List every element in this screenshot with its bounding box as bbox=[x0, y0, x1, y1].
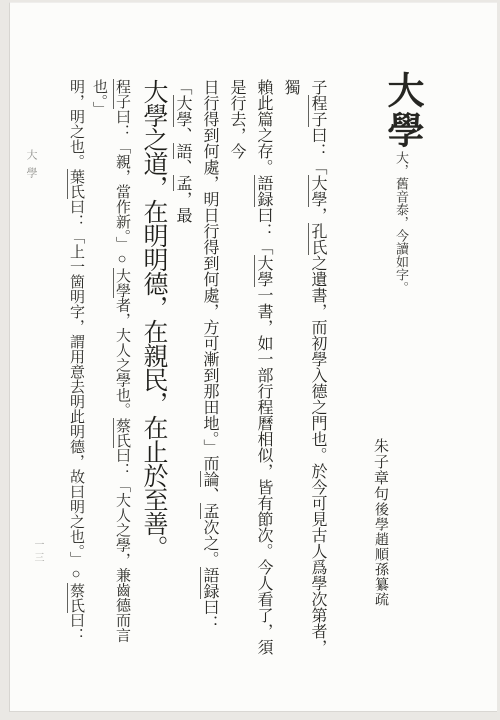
text-run: 子 bbox=[309, 79, 326, 95]
commentary-text: 程子曰：「親，當作新。」○大學者，大人之學也。蔡氏曰：「大人之學，兼齒德而言也。… bbox=[63, 79, 133, 661]
proper-noun-marked-run: 蔡氏 bbox=[113, 418, 130, 448]
preface-text: 子程子曰：「大學，孔氏之遺書，而初學入德之門也。於今可見古人爲學次第者，獨賴此篇… bbox=[169, 79, 331, 661]
book-page: 大學大，舊音泰，今讀如字。 朱子章句後學趙順孫纂疏 子程子曰：「大學，孔氏之遺書… bbox=[9, 2, 497, 712]
text-column: 程子曰：「親，當作新。」○大學者，大人之學也。蔡氏曰：「大人之學，兼齒德而言也。… bbox=[87, 79, 133, 661]
margin-label: 大學 bbox=[25, 149, 39, 239]
text-run: 曰：「 bbox=[309, 127, 326, 175]
proper-noun-marked-run: 語 bbox=[173, 143, 191, 159]
proper-noun-marked-run: 程子 bbox=[308, 95, 326, 127]
text-run: ，最 bbox=[174, 191, 191, 223]
text-run: 曰：「 bbox=[255, 207, 272, 255]
proper-noun-marked-run: 蔡氏 bbox=[67, 583, 84, 613]
proper-noun-marked-run: 孟 bbox=[200, 503, 218, 519]
proper-noun-marked-run: 大學 bbox=[173, 95, 191, 127]
text-run: 曰：「上一箇明字，謂用意去明此明德，故曰明之也。」○ bbox=[68, 199, 84, 583]
proper-noun-marked-run: 大學 bbox=[113, 268, 130, 298]
book-title: 大學 bbox=[381, 71, 422, 151]
proper-noun-marked-run: 語録 bbox=[200, 567, 218, 599]
text-column: 明，明之也。葉氏曰：「上一箇明字，謂用意去明此明德，故曰明之也。」○蔡氏曰：「明… bbox=[63, 79, 87, 661]
page-number: 一三 bbox=[32, 539, 45, 589]
proper-noun-marked-run: 孟 bbox=[173, 175, 191, 191]
author-line: 朱子章句 bbox=[372, 438, 388, 502]
proper-noun-marked-run: 大學 bbox=[308, 175, 326, 207]
compiler-line: 後學趙順孫纂疏 bbox=[373, 502, 388, 607]
text-run: 賴此篇之存。 bbox=[255, 79, 272, 175]
text-run: 、 bbox=[174, 127, 191, 143]
proper-noun-marked-run: 葉氏 bbox=[67, 169, 84, 199]
text-run: 次之。 bbox=[201, 519, 218, 567]
text-column: 賴此篇之存。語録曰：「大學一書，如一部行程曆相似，皆有節次。今人看了，須是行去，… bbox=[223, 79, 277, 661]
proper-noun-marked-run: 論 bbox=[200, 471, 218, 487]
title-annotation: 大，舊音泰，今讀如字。 bbox=[394, 151, 409, 294]
text-run: 大學之道，在明明德，在親民，在止於至善。 bbox=[140, 79, 167, 559]
text-run: 日行得到何處，明日行得到何處，方可漸到那田地。」而 bbox=[201, 79, 218, 471]
proper-noun-marked-run: 孔氏 bbox=[308, 223, 326, 255]
text-run: ， bbox=[309, 207, 326, 223]
text-run: 明，明之也。 bbox=[68, 79, 84, 169]
text-run: 者，大人之學也。 bbox=[114, 298, 130, 418]
proper-noun-marked-run: 大學 bbox=[254, 255, 272, 287]
proper-noun-marked-run: 程子 bbox=[113, 79, 130, 109]
text-run: 、 bbox=[174, 159, 191, 175]
proper-noun-marked-run: 語録 bbox=[254, 175, 272, 207]
main-text-column: 大學之道，在明明德，在親民，在止於至善。 bbox=[133, 79, 173, 661]
text-column: 日行得到何處，明日行得到何處，方可漸到那田地。」而論、孟次之。語録曰：「大學、語… bbox=[169, 79, 223, 661]
text-column: 子程子曰：「大學，孔氏之遺書，而初學入德之門也。於今可見古人爲學次第者，獨 bbox=[277, 79, 331, 661]
text-run: 、 bbox=[201, 487, 218, 503]
text-run: 曰：「親，當作新。」○ bbox=[114, 109, 130, 268]
byline-block: 朱子章句後學趙順孫纂疏 bbox=[367, 438, 391, 708]
